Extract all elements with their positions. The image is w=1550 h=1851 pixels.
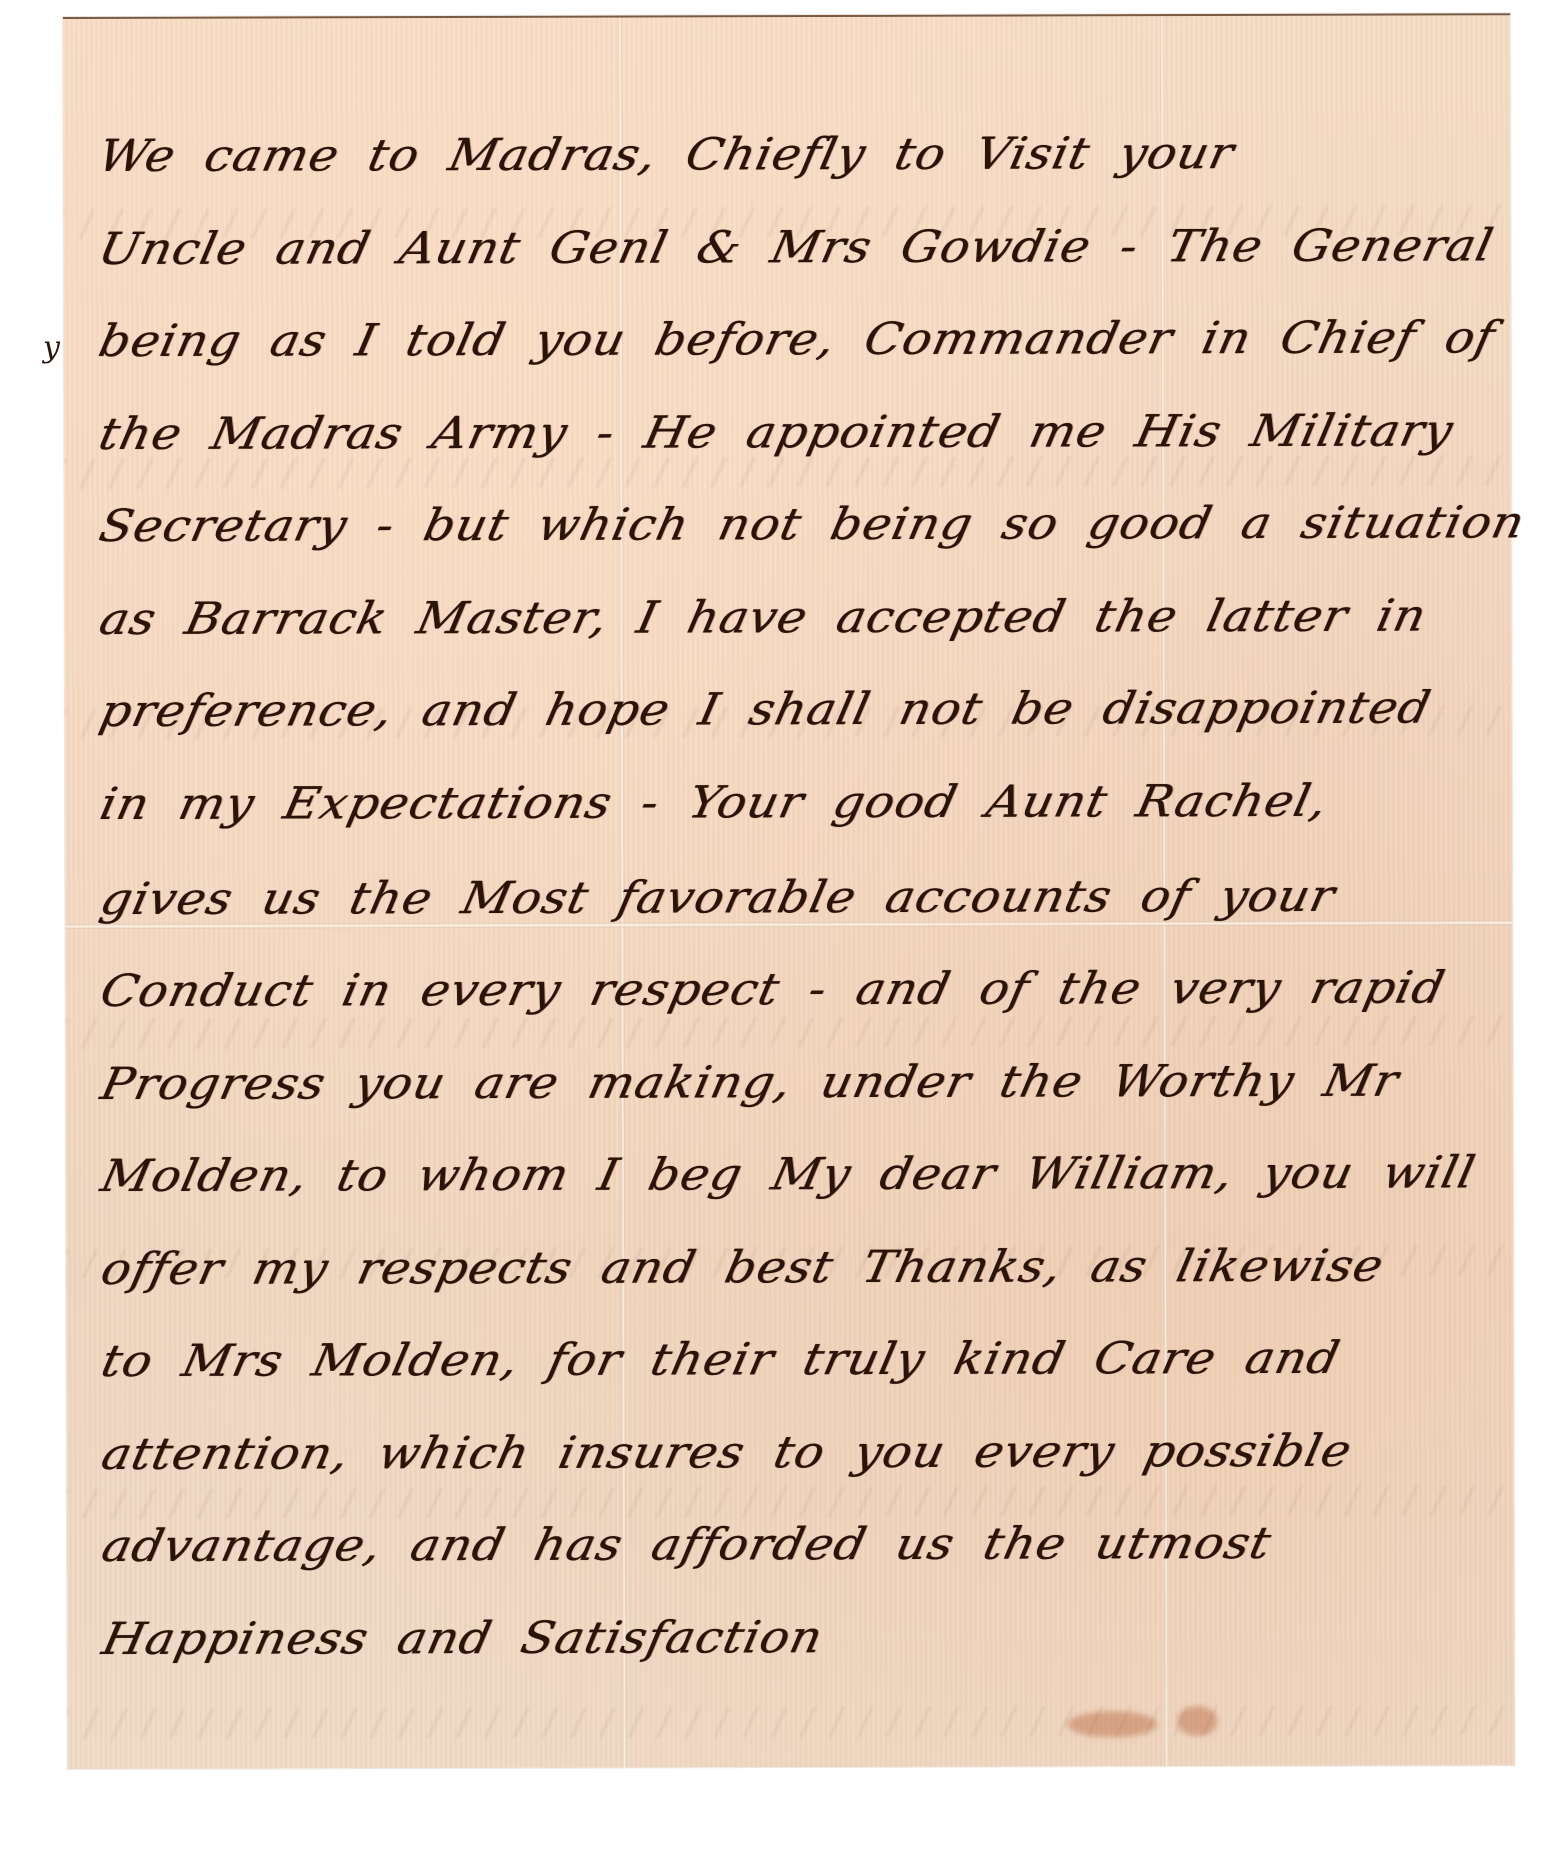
margin-mark: y [43,330,60,365]
letter-line: to Mrs Molden, for their truly kind Care… [97,1330,1509,1389]
letter-line: Secretary - but which not being so good … [94,495,1506,554]
letter-line: being as I told you before, Commander in… [94,310,1506,369]
letter-line: in my Expectations - Your good Aunt Rach… [95,773,1507,832]
letter-line: attention, which insures to you every po… [97,1423,1509,1482]
letter-line: Progress you are making, under the Worth… [96,1053,1508,1112]
letter-body: We came to Madras, Chiefly to Visit your… [63,15,1515,1769]
letter-line: Uncle and Aunt Genl & Mrs Gowdie - The G… [94,218,1506,277]
letter-line: advantage, and has afforded us the utmos… [97,1515,1509,1574]
letter-line: the Madras Army - He appointed me His Mi… [94,403,1506,462]
letter-line: Happiness and Satisfaction [97,1608,1509,1667]
letter-line: as Barrack Master, I have accepted the l… [95,588,1507,647]
letter-line: We came to Madras, Chiefly to Visit your [93,125,1505,184]
letter-page: We came to Madras, Chiefly to Visit your… [63,13,1515,1769]
letter-line: Conduct in every respect - and of the ve… [96,960,1508,1019]
letter-line: gives us the Most favorable accounts of … [95,868,1507,927]
letter-line: offer my respects and best Thanks, as li… [96,1238,1508,1297]
letter-line: preference, and hope I shall not be disa… [95,680,1507,739]
letter-line: Molden, to whom I beg My dear William, y… [96,1145,1508,1204]
